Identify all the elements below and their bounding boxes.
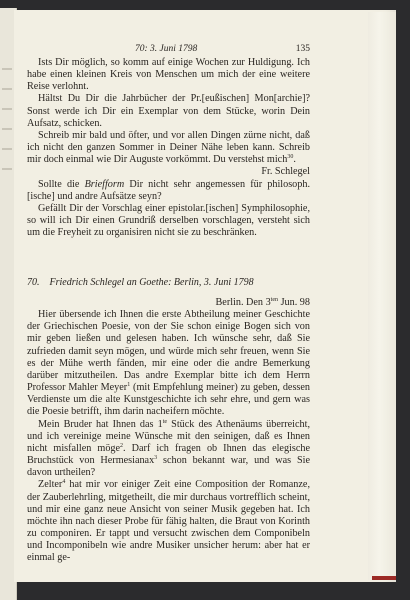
paragraph: Gefällt Dir der Vorschlag einer epistola… <box>27 203 310 239</box>
emphasis: Briefform <box>85 179 125 190</box>
paragraph: Mein Bruder hat Ihnen das 1te Stück des … <box>27 419 310 480</box>
page-number: 135 <box>296 44 310 54</box>
paragraph-text: Mein Bruder hat Ihnen das 1 <box>38 419 163 430</box>
red-page-edge <box>372 576 396 580</box>
punctuation: . <box>293 154 296 165</box>
paragraph-text: Hier übersende ich Ihnen die erste Abthe… <box>27 309 310 393</box>
previous-letter-end: Ists Dir möglich, so komm auf einige Woc… <box>27 57 310 239</box>
paragraph: Hier übersende ich Ihnen die erste Abthe… <box>27 309 310 418</box>
paragraph: Zelter4 hat mir vor einiger Zeit eine Co… <box>27 479 310 564</box>
signature: Fr. Schlegel <box>27 166 310 178</box>
paragraph-text: Sollte die <box>38 179 85 190</box>
dateline-text: Jun. 98 <box>278 297 310 308</box>
dateline: Berlin. Den 3ten Jun. 98 <box>27 297 310 309</box>
letter-number: 70. <box>27 277 47 288</box>
paragraph: Schreib mir bald und öfter, und vor alle… <box>27 130 310 166</box>
paragraph: Hältst Du Dir die Jahrbücher der Pr.[euß… <box>27 93 310 129</box>
paragraph: Sollte die Briefform Dir nicht sehr ange… <box>27 179 310 203</box>
paragraph: Ists Dir möglich, so komm auf einige Woc… <box>27 57 310 93</box>
superscript: ten <box>271 297 278 303</box>
paragraph-text: Schreib mir bald und öfter, und vor alle… <box>27 130 310 165</box>
paragraph-text: Zelter <box>38 479 62 490</box>
letter-body: Berlin. Den 3ten Jun. 98 Hier übersende … <box>27 297 310 564</box>
running-head-title: 70: 3. Juni 1798 <box>135 44 197 54</box>
paragraph-text: hat mir vor einiger Zeit eine Compositio… <box>27 479 310 563</box>
letter-title: Friedrich Schlegel an Goethe: Berlin, 3.… <box>50 277 254 288</box>
dateline-text: Berlin. Den 3 <box>216 297 271 308</box>
letter-heading: 70. Friedrich Schlegel an Goethe: Berlin… <box>27 277 310 288</box>
page-stack-edge <box>368 12 396 580</box>
